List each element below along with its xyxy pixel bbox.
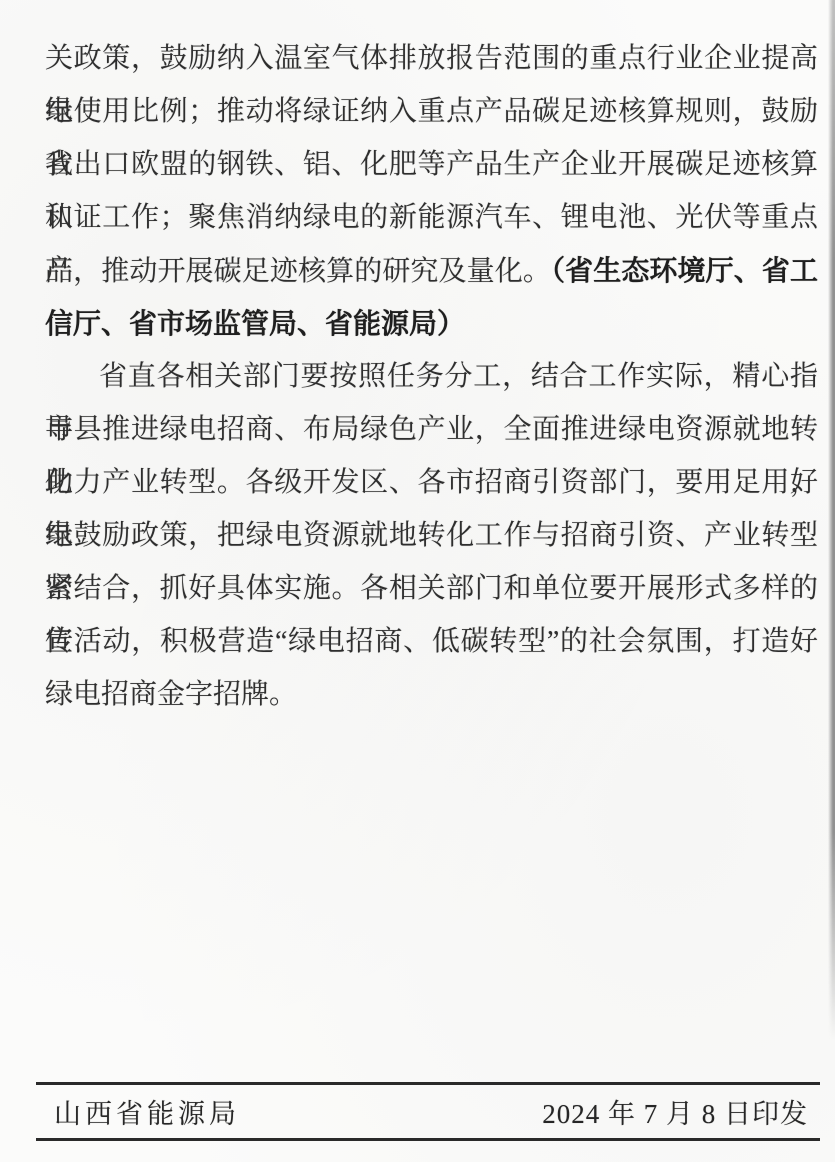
- body-text-run: 品，推动开展碳足迹核算的研究及量化。: [45, 256, 551, 287]
- text-line: 绿电招商金字招牌。: [45, 668, 818, 721]
- scan-edge-artifact: [828, 0, 835, 1040]
- body-text-run: 传活动，积极营造“绿电招商、低碳转型”的社会氛围，打造好: [45, 626, 818, 657]
- issuing-agency: 山西省能源局: [36, 1092, 240, 1131]
- agency-attribution-bold: 信厅、省市场监管局、省能源局）: [45, 308, 465, 339]
- scanned-document-page: 关政策，鼓励纳入温室气体排放报告范围的重点行业企业提高绿电使用比例；推动将绿证纳…: [0, 0, 835, 1162]
- print-date: 2024 年 7 月 8 日印发: [542, 1092, 820, 1131]
- text-line: 市县推进绿电招商、布局绿色产业，全面推进绿电资源就地转化，: [45, 403, 818, 456]
- text-line: 省直各相关部门要按照任务分工，结合工作实际，精心指导: [45, 350, 818, 403]
- text-line: 关政策，鼓励纳入温室气体排放报告范围的重点行业企业提高绿: [45, 32, 818, 85]
- text-line: 省出口欧盟的钢铁、铝、化肥等产品生产企业开展碳足迹核算和: [45, 138, 818, 191]
- text-line: 品，推动开展碳足迹核算的研究及量化。（省生态环境厅、省工: [45, 244, 818, 297]
- agency-attribution-bold: （省生态环境厅、省工: [551, 255, 818, 286]
- footer: 山西省能源局 2024 年 7 月 8 日印发: [36, 1082, 820, 1141]
- text-line: 密结合，抓好具体实施。各相关部门和单位要开展形式多样的宣: [45, 562, 818, 615]
- body-text-run: 绿电招商金字招牌。: [45, 679, 297, 710]
- text-line: 信厅、省市场监管局、省能源局）: [45, 297, 818, 350]
- document-body: 关政策，鼓励纳入温室气体排放报告范围的重点行业企业提高绿电使用比例；推动将绿证纳…: [45, 32, 818, 721]
- text-line: 电使用比例；推动将绿证纳入重点产品碳足迹核算规则，鼓励我: [45, 85, 818, 138]
- text-line: 电鼓励政策，把绿电资源就地转化工作与招商引资、产业转型紧: [45, 509, 818, 562]
- text-line: 助力产业转型。各级开发区、各市招商引资部门，要用足用好绿: [45, 456, 818, 509]
- text-line: 传活动，积极营造“绿电招商、低碳转型”的社会氛围，打造好: [45, 615, 818, 668]
- text-line: 认证工作；聚焦消纳绿电的新能源汽车、锂电池、光伏等重点产: [45, 191, 818, 244]
